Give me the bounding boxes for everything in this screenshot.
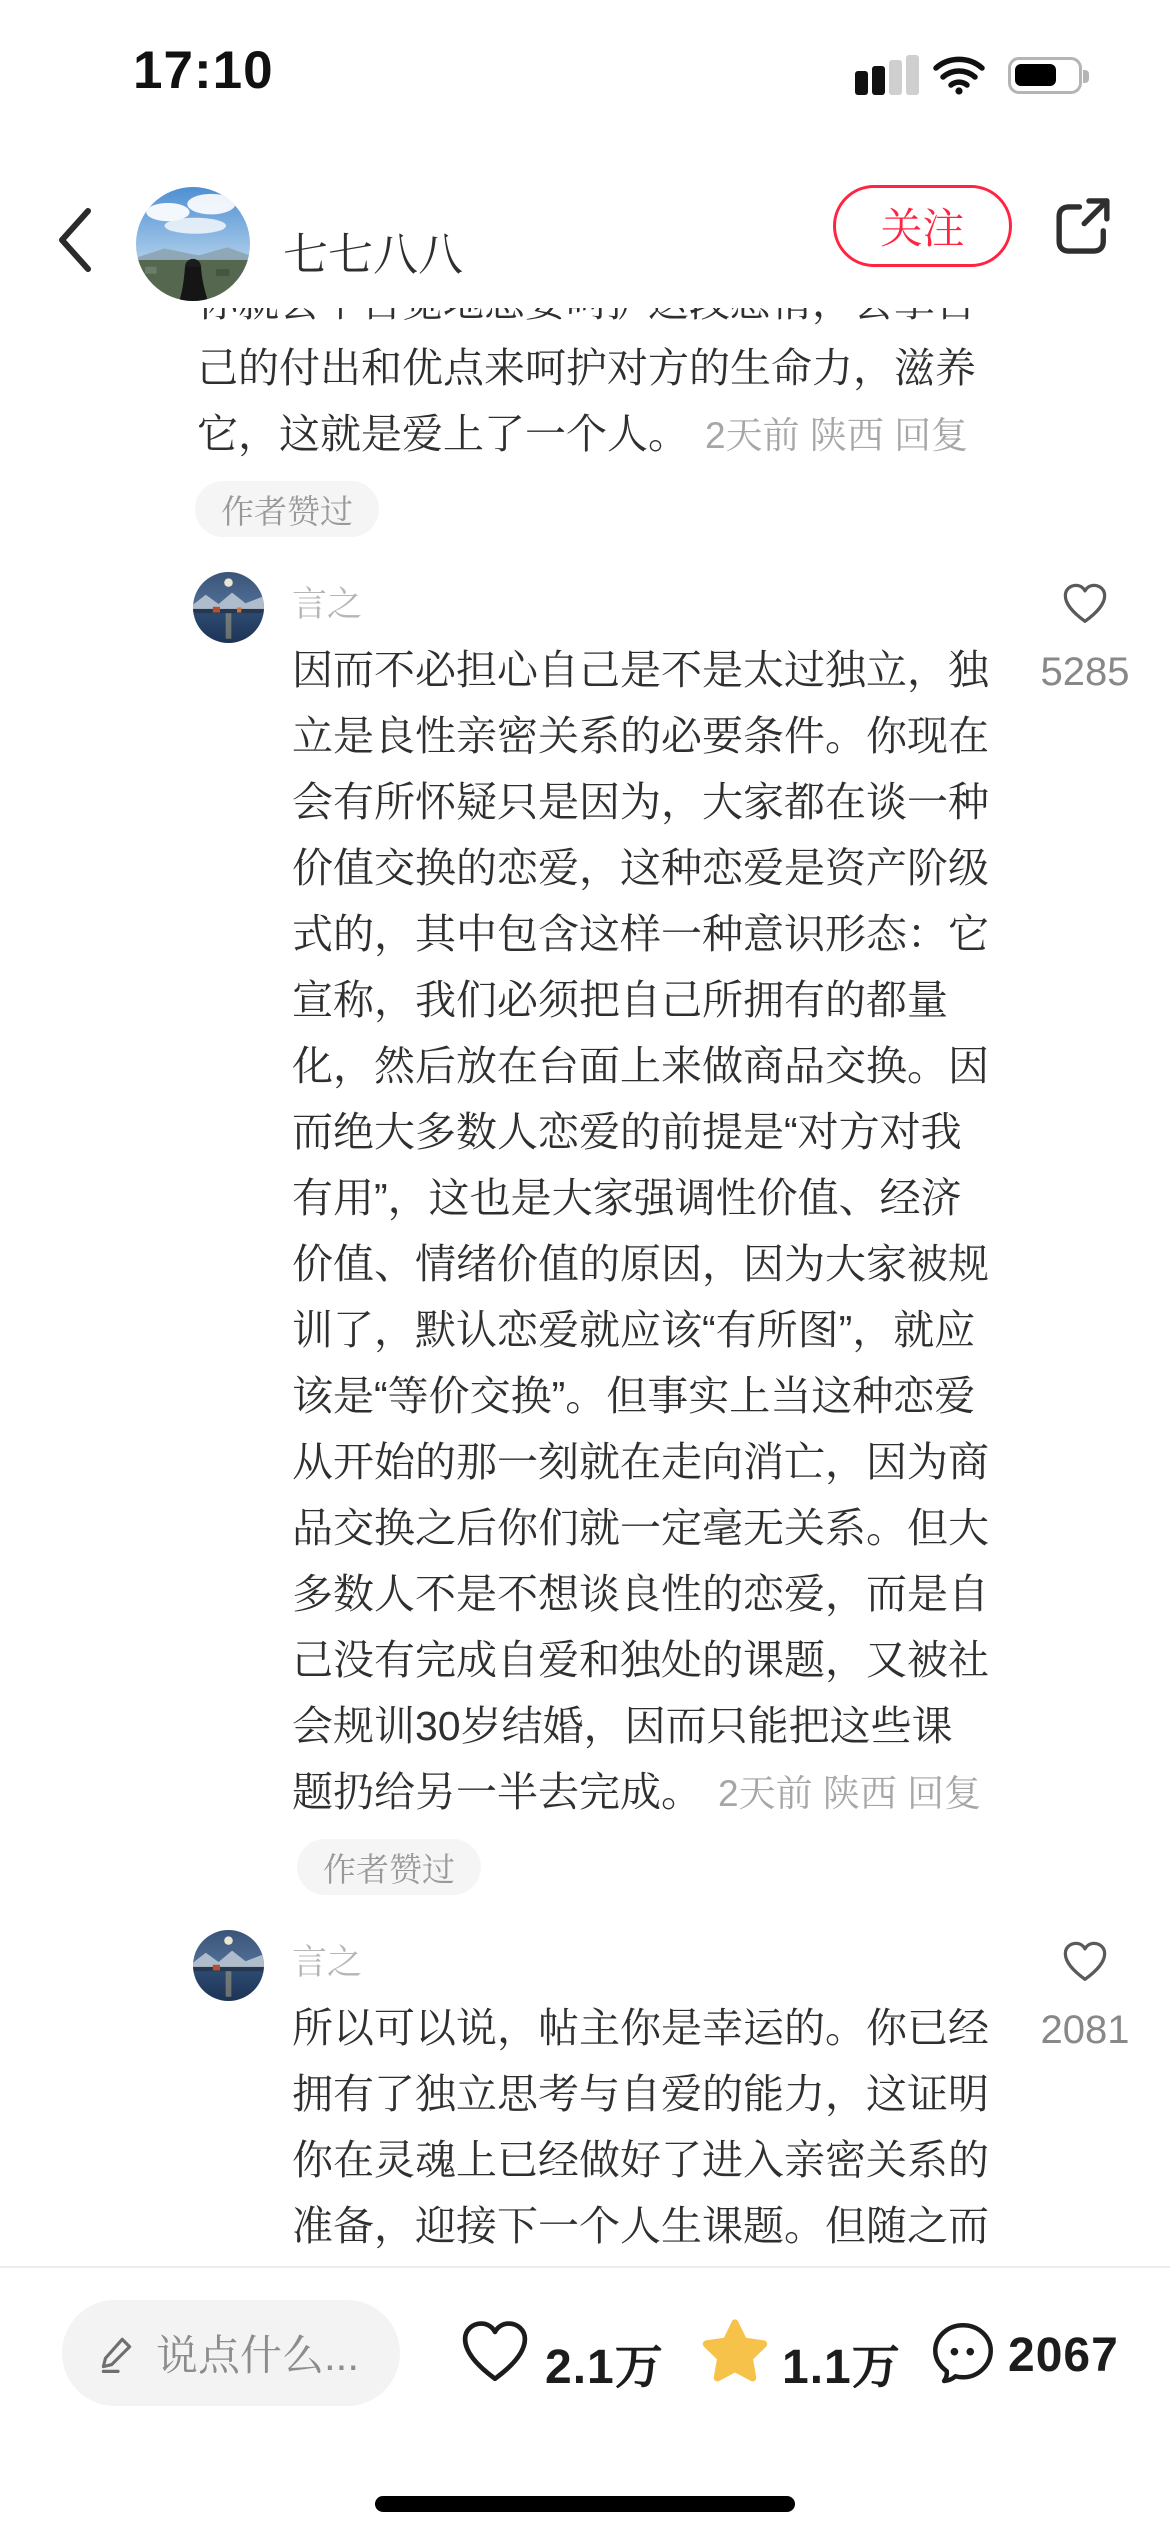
wifi-icon <box>933 55 985 100</box>
author-liked-badge: 作者赞过 <box>297 1839 481 1895</box>
comment-text-line: 会有所怀疑只是因为，大家都在谈一种 <box>292 769 1032 835</box>
heart-outline-icon <box>1062 582 1108 628</box>
comment-text-line: 因而不必担心自己是不是太过独立，独 <box>292 637 1032 703</box>
comments-button[interactable] <box>930 2320 996 2389</box>
comment-text-line: 多数人不是不想谈良性的恋爱，而是自 <box>292 1561 1032 1627</box>
cellular-signal-icon <box>855 55 925 95</box>
like-count: 2.1万 <box>545 2328 664 2397</box>
chevron-left-icon <box>52 205 96 275</box>
comment-text-line: 价值交换的恋爱，这种恋爱是资产阶级 <box>292 835 1032 901</box>
comment-text-line: 准备，迎接下一个人生课题。但随之而 <box>292 2193 1032 2259</box>
comment-text-line: 品交换之后你们就一定毫无关系。但大 <box>292 1495 1032 1561</box>
comment-last-line: 题扔给另一半去完成。2天前 陕西 回复 <box>292 1759 1032 1825</box>
avatar-image <box>193 572 264 643</box>
collect-count: 1.1万 <box>782 2328 901 2397</box>
comment-text-line: 宣称，我们必须把自己所拥有的都量 <box>292 967 1032 1033</box>
pencil-icon <box>96 2332 138 2374</box>
comment-input[interactable]: 说点什么... <box>62 2300 400 2406</box>
comment-username[interactable]: 言之 <box>292 1941 362 1985</box>
comment-text-line: 拥有了独立思考与自爱的能力，这证明 <box>292 2061 1032 2127</box>
comment-text-line: 己没有完成自爱和独处的课题，又被社 <box>292 1627 1032 1693</box>
top-bar: 17:10 <box>0 0 1170 308</box>
comment-text-line: 会规训30岁结婚，因而只能把这些课 <box>292 1693 1032 1759</box>
comment-bubble-icon <box>930 2320 996 2386</box>
comment-text-line: 有用”，这也是大家强调性价值、经济 <box>292 1165 1032 1231</box>
app-screen: 你就会不自觉地想要呵护这段感情，会拿自己的付出和优点来呵护对方的生命力，滋养 它… <box>0 0 1170 2532</box>
collect-button[interactable] <box>700 2316 770 2387</box>
author-avatar[interactable] <box>136 187 250 301</box>
comment-lines: 所以可以说，帖主你是幸运的。你已经拥有了独立思考与自爱的能力，这证明你在灵魂上已… <box>292 1995 1032 2259</box>
back-button[interactable] <box>52 205 96 275</box>
comment-body: 所以可以说，帖主你是幸运的。你已经拥有了独立思考与自爱的能力，这证明你在灵魂上已… <box>292 1995 1032 2259</box>
comment-lines: 因而不必担心自己是不是太过独立，独立是良性亲密关系的必要条件。你现在会有所怀疑只… <box>292 637 1032 1759</box>
comment-body: 因而不必担心自己是不是太过独立，独立是良性亲密关系的必要条件。你现在会有所怀疑只… <box>292 637 1032 1825</box>
bottom-bar: 说点什么... 2.1万 1.1万 2067 <box>0 2266 1170 2532</box>
status-time: 17:10 <box>133 40 274 101</box>
heart-outline-icon <box>1062 1940 1108 1986</box>
follow-button[interactable]: 关注 <box>833 185 1012 267</box>
comment-text-line: 式的，其中包含这样一种意识形态：它 <box>292 901 1032 967</box>
avatar[interactable] <box>193 1930 264 2001</box>
author-liked-badge: 作者赞过 <box>195 481 379 537</box>
comment-text-line: 所以可以说，帖主你是幸运的。你已经 <box>292 1995 1032 2061</box>
comment-text-line: 你在灵魂上已经做好了进入亲密关系的 <box>292 2127 1032 2193</box>
battery-icon <box>1008 57 1082 94</box>
comment-text-line: 该是“等价交换”。但事实上当这种恋爱 <box>292 1363 1032 1429</box>
comment-like-count: 5285 <box>1024 650 1146 695</box>
avatar-image <box>136 187 250 301</box>
comment-input-placeholder: 说点什么... <box>156 2323 359 2383</box>
share-box-arrow-icon <box>1053 195 1113 257</box>
comments-scroll-area[interactable]: 你就会不自觉地想要呵护这段感情，会拿自己的付出和优点来呵护对方的生命力，滋养 它… <box>0 0 1170 2266</box>
avatar[interactable] <box>193 572 264 643</box>
home-indicator[interactable] <box>375 2496 795 2512</box>
comment-count: 2067 <box>1008 2328 1119 2383</box>
avatar-image <box>193 1930 264 2001</box>
comment-text-line: 价值、情绪价值的原因，因为大家被规 <box>292 1231 1032 1297</box>
comment-username[interactable]: 言之 <box>292 583 362 627</box>
comment-meta[interactable]: 2天前 陕西 回复 <box>718 1773 981 1814</box>
heart-outline-icon <box>460 2318 530 2384</box>
top-comment-last-line: 它，这就是爱上了一个人。2天前 陕西 回复 <box>197 401 997 467</box>
comment-text-line: 立是良性亲密关系的必要条件。你现在 <box>292 703 1032 769</box>
share-button[interactable] <box>1053 195 1113 257</box>
star-icon <box>700 2316 770 2384</box>
comment-like-button[interactable] <box>1062 1940 1108 1986</box>
comment-text-line: 而绝大多数人恋爱的前提是“对方对我 <box>292 1099 1032 1165</box>
comment-like-button[interactable] <box>1062 582 1108 628</box>
comment-text-line: 化，然后放在台面上来做商品交换。因 <box>292 1033 1032 1099</box>
like-button[interactable] <box>460 2318 530 2387</box>
comment-meta[interactable]: 2天前 陕西 回复 <box>705 415 968 456</box>
comment-text-line: 从开始的那一刻就在走向消亡，因为商 <box>292 1429 1032 1495</box>
comment-text-line: 己的付出和优点来呵护对方的生命力，滋养 <box>197 335 997 401</box>
author-username[interactable]: 七七八八 <box>283 218 463 283</box>
comment-like-count: 2081 <box>1024 2008 1146 2053</box>
comment-text-line: 训了，默认恋爱就应该“有所图”，就应 <box>292 1297 1032 1363</box>
